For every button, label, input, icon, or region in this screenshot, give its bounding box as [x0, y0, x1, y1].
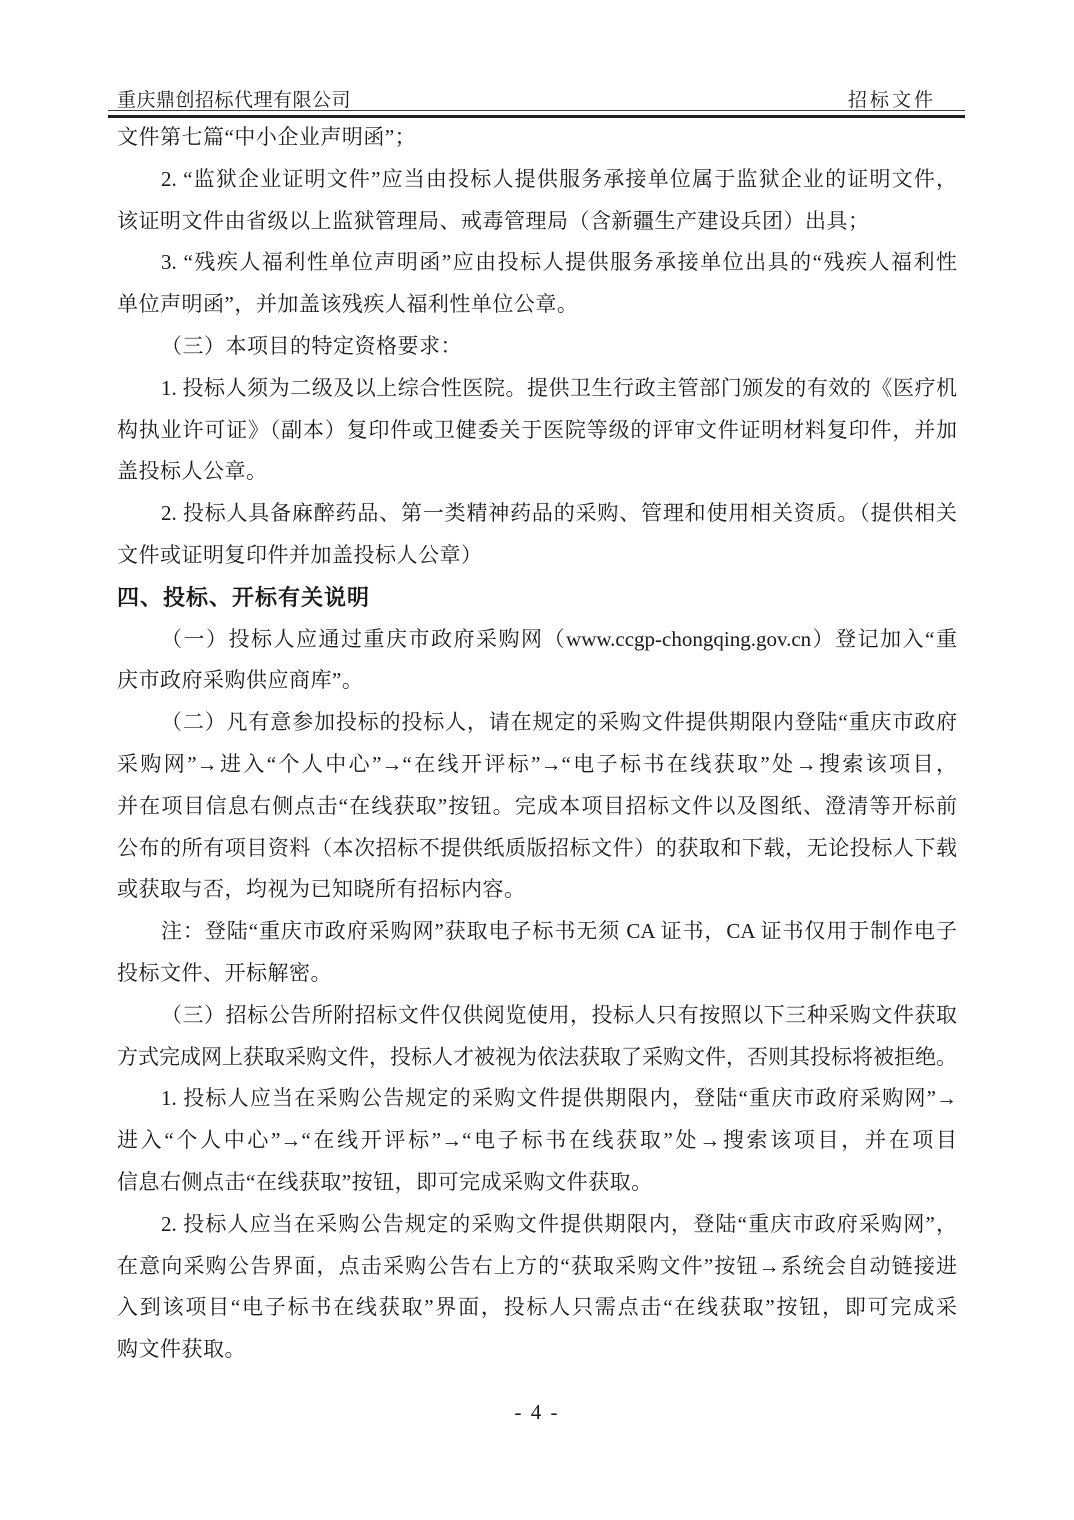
text-line: 在意向采购公告界面，点击采购公告右上方的“获取采购文件”按钮→系统会自动链接进: [117, 1246, 957, 1288]
text-line: 采购网”→进入“个人中心”→“在线开评标”→“电子标书在线获取”处→搜索该项目，: [117, 744, 957, 786]
text-line: 信息右侧点击“在线获取”按钮，即可完成采购文件获取。: [117, 1162, 957, 1204]
text-line: 盖投标人公章。: [117, 451, 957, 493]
text-line: 进入“个人中心”→“在线开评标”→“电子标书在线获取”处→搜索该项目，并在项目: [117, 1120, 957, 1162]
text-line: 公布的所有项目资料（本次招标不提供纸质版招标文件）的获取和下载，无论投标人下载: [117, 828, 957, 870]
page-number: - 4 -: [515, 1400, 560, 1424]
text-line: 注：登陆“重庆市政府采购网”获取电子标书无须 CA 证书，CA 证书仅用于制作电…: [117, 911, 957, 953]
text-line: （三）本项目的特定资格要求：: [117, 326, 957, 368]
text-line: 1. 投标人须为二级及以上综合性医院。提供卫生行政主管部门颁发的有效的《医疗机: [117, 368, 957, 410]
text-line: 单位声明函”，并加盖该残疾人福利性单位公章。: [117, 284, 957, 326]
header-company-name: 重庆鼎创招标代理有限公司: [117, 85, 351, 112]
text-line: 投标文件、开标解密。: [117, 953, 957, 995]
text-line: （三）招标公告所附招标文件仅供阅览使用，投标人只有按照以下三种采购文件获取: [117, 995, 957, 1037]
text-line: 文件第七篇“中小企业声明函”；: [117, 117, 957, 159]
document-body: 文件第七篇“中小企业声明函”；2. “监狱企业证明文件”应当由投标人提供服务承接…: [117, 117, 957, 1371]
text-line: （二）凡有意参加投标的投标人，请在规定的采购文件提供期限内登陆“重庆市政府: [117, 702, 957, 744]
text-line: （一）投标人应通过重庆市政府采购网（www.ccgp-chongqing.gov…: [117, 619, 957, 661]
section-heading: 四、投标、开标有关说明: [117, 577, 957, 619]
page-footer: - 4 -: [0, 1400, 1074, 1425]
text-line: 文件或证明复印件并加盖投标人公章）: [117, 535, 957, 577]
text-line: 构执业许可证》（副本）复印件或卫健委关于医院等级的评审文件证明材料复印件，并加: [117, 410, 957, 452]
text-line: 1. 投标人应当在采购公告规定的采购文件提供期限内，登陆“重庆市政府采购网”→: [117, 1078, 957, 1120]
document-page: 重庆鼎创招标代理有限公司 招标文件 文件第七篇“中小企业声明函”；2. “监狱企…: [0, 0, 1074, 1520]
text-line: 方式完成网上获取采购文件，投标人才被视为依法获取了采购文件，否则其投标将被拒绝。: [117, 1037, 957, 1079]
text-line: 并在项目信息右侧点击“在线获取”按钮。完成本项目招标文件以及图纸、澄清等开标前: [117, 786, 957, 828]
text-line: 该证明文件由省级以上监狱管理局、戒毒管理局（含新疆生产建设兵团）出具；: [117, 201, 957, 243]
text-line: 入到该项目“电子标书在线获取”界面，投标人只需点击“在线获取”按钮，即可完成采: [117, 1287, 957, 1329]
header-doc-label: 招标文件: [848, 85, 936, 112]
text-line: 庆市政府采购供应商库”。: [117, 660, 957, 702]
text-line: 或获取与否，均视为已知晓所有招标内容。: [117, 869, 957, 911]
text-line: 2. 投标人应当在采购公告规定的采购文件提供期限内，登陆“重庆市政府采购网”，: [117, 1204, 957, 1246]
text-line: 购文件获取。: [117, 1329, 957, 1371]
text-line: 2. “监狱企业证明文件”应当由投标人提供服务承接单位属于监狱企业的证明文件，: [117, 159, 957, 201]
text-line: 3. “残疾人福利性单位声明函”应由投标人提供服务承接单位出具的“残疾人福利性: [117, 242, 957, 284]
text-line: 2. 投标人具备麻醉药品、第一类精神药品的采购、管理和使用相关资质。（提供相关: [117, 493, 957, 535]
page-header: 重庆鼎创招标代理有限公司 招标文件: [117, 85, 936, 112]
